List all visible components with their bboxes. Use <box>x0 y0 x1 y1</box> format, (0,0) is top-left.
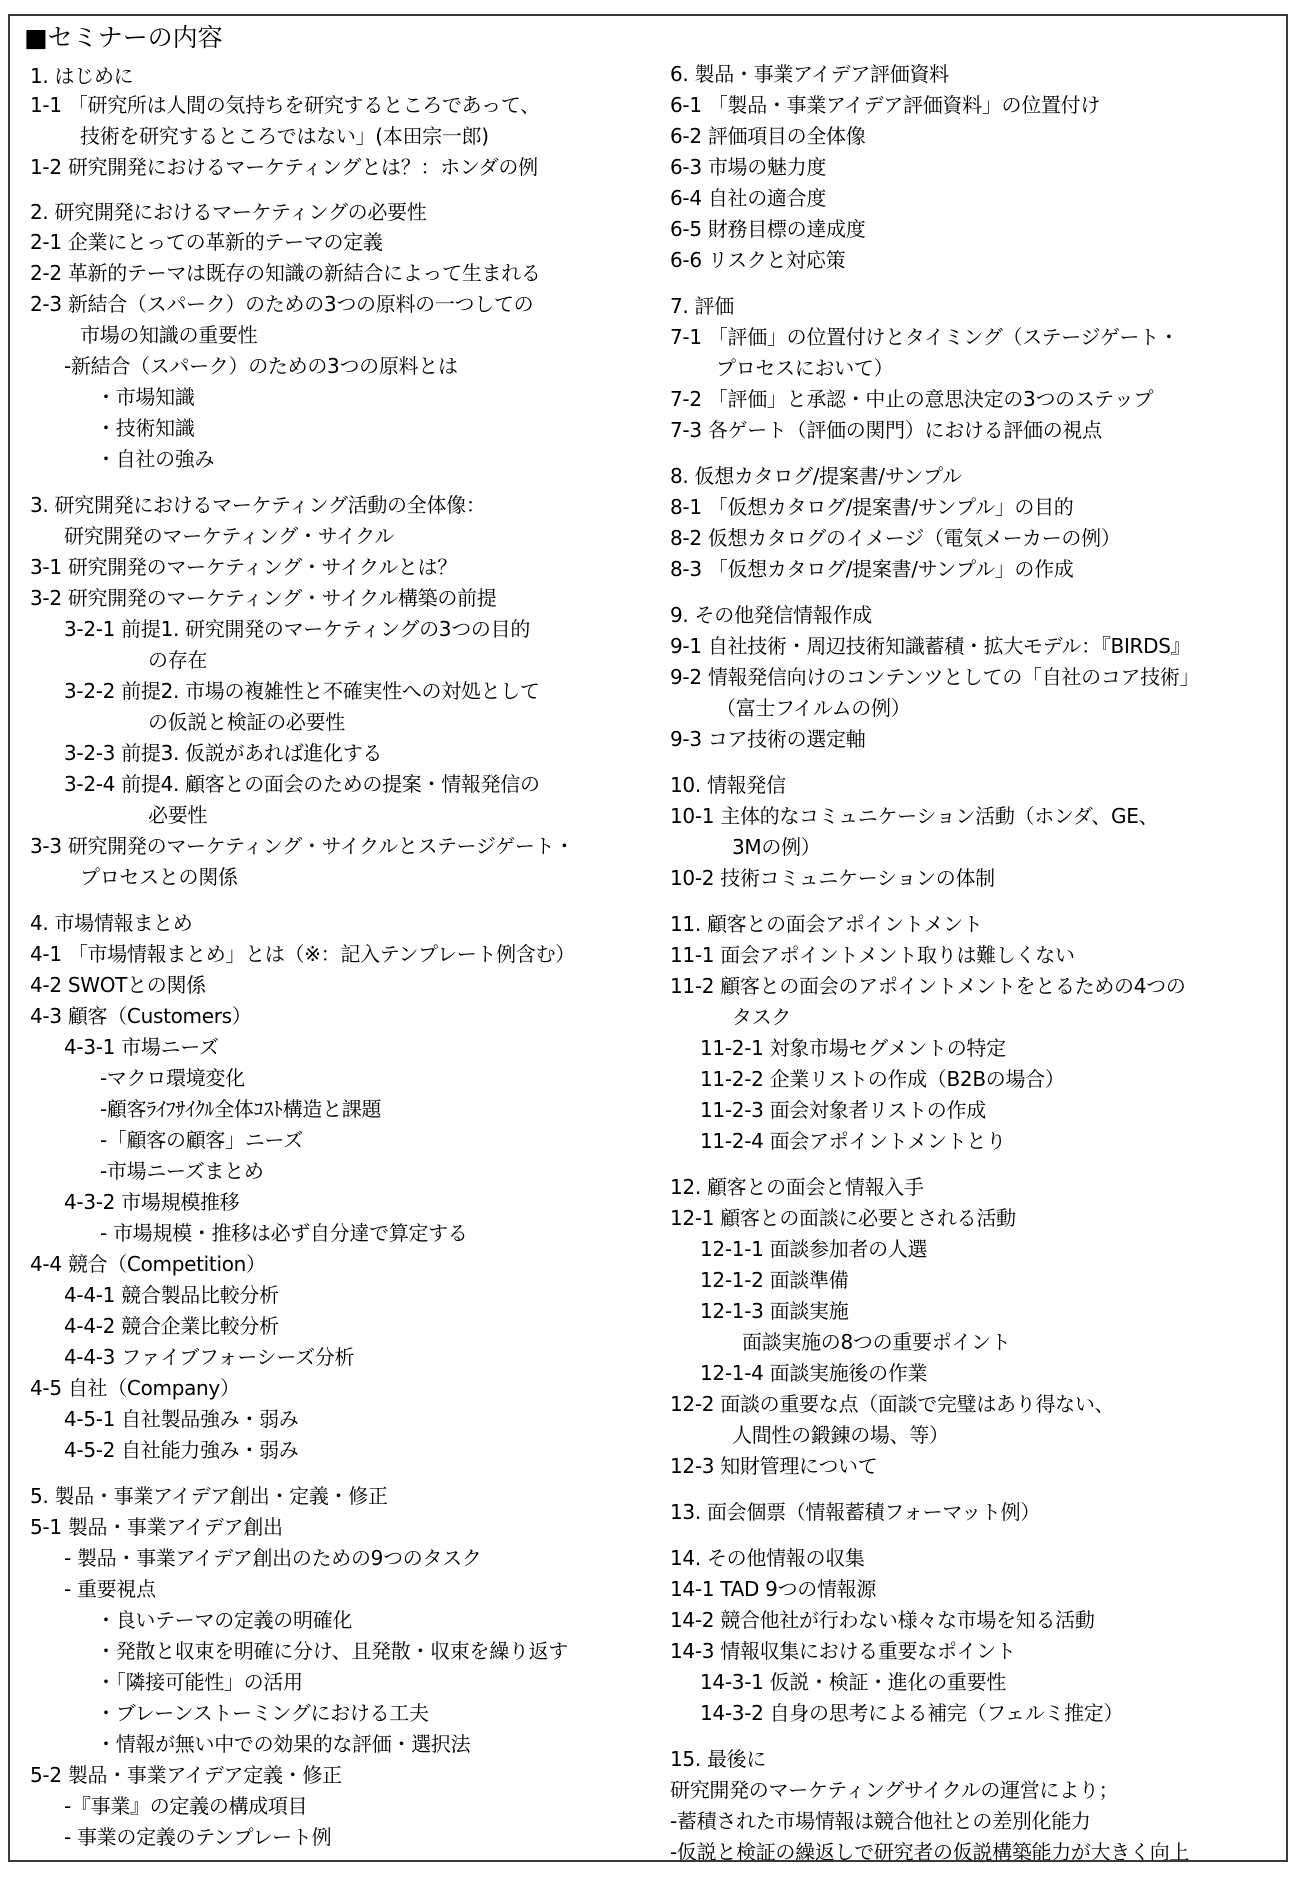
outline-item: 7. 評価 <box>670 292 734 320</box>
outline-item: 12-1-3 面談実施 <box>700 1297 848 1325</box>
outline-item: -新結合（スパーク）のための3つの原料とは <box>64 352 458 380</box>
outline-item: 6-3 市場の魅力度 <box>670 153 826 181</box>
outline-item: 4-4 競合（Competition） <box>30 1250 266 1278</box>
outline-item: ・良いテーマの定義の明確化 <box>96 1606 352 1634</box>
outline-item: -蓄積された市場情報は競合他社との差別化能力 <box>670 1807 1091 1835</box>
outline-item: 3. 研究開発におけるマーケティング活動の全体像： <box>30 491 486 519</box>
outline-item: 4-2 SWOTとの関係 <box>30 971 206 999</box>
outline-item: -『事業』の定義の構成項目 <box>64 1792 307 1820</box>
outline-item: 8. 仮想カタログ/提案書/サンプル <box>670 462 962 490</box>
outline-item: 4-3 顧客（Customers） <box>30 1002 252 1030</box>
outline-item: タスク <box>732 1003 791 1031</box>
outline-item: 1-2 研究開発におけるマーケティングとは？：ホンダの例 <box>30 153 538 181</box>
outline-item: 11-2-3 面会対象者リストの作成 <box>700 1096 986 1124</box>
outline-item: 市場の知識の重要性 <box>80 321 257 349</box>
outline-item: 9. その他発信情報作成 <box>670 601 872 629</box>
outline-item: 4-3-2 市場規模推移 <box>64 1188 239 1216</box>
outline-item: 2. 研究開発におけるマーケティングの必要性 <box>30 198 426 226</box>
outline-item: 6-5 財務目標の達成度 <box>670 215 865 243</box>
outline-item: 8-1 「仮想カタログ/提案書/サンプル」の目的 <box>670 493 1074 521</box>
outline-item: - 重要視点 <box>64 1575 156 1603</box>
outline-item: 6-2 評価項目の全体像 <box>670 122 865 150</box>
outline-item: 2-1 企業にとっての革新的テーマの定義 <box>30 228 383 256</box>
outline-item: 13. 面会個票（情報蓄積フォーマット例） <box>670 1498 1040 1526</box>
outline-item: ・自社の強み <box>96 445 214 473</box>
outline-item: 11-2-1 対象市場セグメントの特定 <box>700 1034 1006 1062</box>
outline-item: 8-2 仮想カタログのイメージ（電気メーカーの例） <box>670 524 1121 552</box>
outline-item: 6. 製品・事業アイデア評価資料 <box>670 60 949 88</box>
outline-item: 11-2-4 面会アポイントメントとり <box>700 1127 1006 1155</box>
outline-item: 6-1 「製品・事業アイデア評価資料」の位置付け <box>670 91 1100 119</box>
outline-item: 5-2 製品・事業アイデア定義・修正 <box>30 1761 342 1789</box>
outline-item: 3-3 研究開発のマーケティング・サイクルとステージゲート・ <box>30 832 574 860</box>
outline-item: 3-2-3 前提3. 仮説があれば進化する <box>64 739 382 767</box>
outline-item: 1. はじめに <box>30 62 133 90</box>
outline-item: ・ブレーンストーミングにおける工夫 <box>96 1699 429 1727</box>
outline-item: 14-3-1 仮説・検証・進化の重要性 <box>700 1668 1006 1696</box>
outline-item: 14-3 情報収集における重要なポイント <box>670 1637 1016 1665</box>
outline-item: 12-1-2 面談準備 <box>700 1266 848 1294</box>
outline-item: 2-3 新結合（スパーク）のための3つの原料の一つしての <box>30 290 533 318</box>
outline-item: 4-1 「市場情報まとめ」とは（※：記入テンプレート例含む） <box>30 940 575 968</box>
outline-item: 14-2 競合他社が行わない様々な市場を知る活動 <box>670 1606 1095 1634</box>
outline-item: ・発散と収束を明確に分け、且発散・収束を繰り返す <box>96 1637 568 1665</box>
outline-item: プロセスにおいて） <box>716 354 893 382</box>
outline-item: プロセスとの関係 <box>80 863 238 891</box>
outline-item: 7-1 「評価」の位置付けとタイミング（ステージゲート・ <box>670 323 1179 351</box>
seminar-content-box: ■セミナーの内容 1. はじめに1-1 「研究所は人間の気持ちを研究するところで… <box>8 14 1288 1862</box>
outline-item: -市場ニーズまとめ <box>100 1157 264 1185</box>
outline-item: 10. 情報発信 <box>670 771 786 799</box>
outline-item: 5. 製品・事業アイデア創出・定義・修正 <box>30 1482 388 1510</box>
outline-item: 12-2 面談の重要な点（面談で完璧はあり得ない、 <box>670 1390 1114 1418</box>
outline-item: 1-1 「研究所は人間の気持ちを研究するところであって、 <box>30 91 540 119</box>
outline-item: 4-4-3 ファイブフォーシーズ分析 <box>64 1343 354 1371</box>
outline-item: 14. その他情報の収集 <box>670 1544 865 1572</box>
outline-item: 研究開発のマーケティングサイクルの運営により； <box>670 1776 1118 1804</box>
outline-item: 4. 市場情報まとめ <box>30 909 192 937</box>
outline-item: 11-2 顧客との面会のアポイントメントをとるための4つの <box>670 972 1186 1000</box>
outline-item: 10-1 主体的なコミュニケーション活動（ホンダ、GE、 <box>670 802 1158 830</box>
outline-item: -顧客ﾗｲﾌｻｲｸﾙ全体ｺｽﾄ構造と課題 <box>100 1095 381 1123</box>
outline-item: - 事業の定義のテンプレート例 <box>64 1823 331 1851</box>
outline-item: 7-2 「評価」と承認・中止の意思決定の3つのステップ <box>670 385 1153 413</box>
outline-item: 12-3 知財管理について <box>670 1452 877 1480</box>
outline-item: 7-3 各ゲート（評価の関門）における評価の視点 <box>670 416 1102 444</box>
outline-item: 12-1-1 面談参加者の人選 <box>700 1235 927 1263</box>
outline-item: ・技術知識 <box>96 414 195 442</box>
outline-item: - 製品・事業アイデア創出のための9つのタスク <box>64 1544 482 1572</box>
outline-item: 3-2-1 前提1. 研究開発のマーケティングの3つの目的 <box>64 615 530 643</box>
outline-item: 5-1 製品・事業アイデア創出 <box>30 1513 283 1541</box>
outline-item: 3Mの例） <box>732 833 820 861</box>
outline-item: 3-2-2 前提2. 市場の複雑性と不確実性への対処として <box>64 677 540 705</box>
outline-item: 4-5-2 自社能力強み・弱み <box>64 1436 298 1464</box>
outline-item: 11. 顧客との面会アポイントメント <box>670 910 983 938</box>
outline-item: の仮説と検証の必要性 <box>148 708 345 736</box>
outline-item: 3-2-4 前提4. 顧客との面会のための提案・情報発信の <box>64 770 540 798</box>
outline-item: 14-1 TAD 9つの情報源 <box>670 1575 876 1603</box>
outline-item: 面談実施の8つの重要ポイント <box>742 1328 1011 1356</box>
outline-item: 9-2 情報発信向けのコンテンツとしての「自社のコア技術」 <box>670 663 1199 691</box>
outline-item: 4-5 自社（Company） <box>30 1374 240 1402</box>
outline-item: -「顧客の顧客」ニーズ <box>100 1126 303 1154</box>
outline-item: 3-1 研究開発のマーケティング・サイクルとは？ <box>30 553 457 581</box>
outline-item: 4-4-1 競合製品比較分析 <box>64 1281 279 1309</box>
outline-item: 14-3-2 自身の思考による補完（フェルミ推定） <box>700 1699 1123 1727</box>
outline-item: 必要性 <box>148 801 207 829</box>
outline-item: 3-2 研究開発のマーケティング・サイクル構築の前提 <box>30 584 496 612</box>
outline-item: 4-3-1 市場ニーズ <box>64 1033 219 1061</box>
outline-item: -マクロ環境変化 <box>100 1064 245 1092</box>
outline-item: 研究開発のマーケティング・サイクル <box>64 522 394 550</box>
outline-item: - 市場規模・推移は必ず自分達で算定する <box>100 1219 468 1247</box>
outline-item: -仮説と検証の繰返しで研究者の仮説構築能力が大きく向上 <box>670 1838 1189 1862</box>
outline-item: （富士フイルムの例） <box>716 694 910 722</box>
outline-item: 4-5-1 自社製品強み・弱み <box>64 1405 298 1433</box>
outline-item: 11-1 面会アポイントメント取りは難しくない <box>670 941 1075 969</box>
outline-item: 4-4-2 競合企業比較分析 <box>64 1312 279 1340</box>
outline-item: 2-2 革新的テーマは既存の知識の新結合によって生まれる <box>30 259 541 287</box>
outline-item: の存在 <box>148 646 207 674</box>
outline-item: 11-2-2 企業リストの作成（B2Bの場合） <box>700 1065 1065 1093</box>
outline-item: 10-2 技術コミュニケーションの体制 <box>670 864 995 892</box>
outline-item: 人間性の鍛錬の場、等） <box>732 1421 949 1449</box>
outline-item: 9-1 自社技術・周辺技術知識蓄積・拡大モデル：『BIRDS』 <box>670 632 1190 660</box>
outline-item: 技術を研究するところではない」(本田宗一郎) <box>80 122 489 150</box>
outline-item: 6-6 リスクと対応策 <box>670 246 845 274</box>
outline-item: 6-4 自社の適合度 <box>670 184 826 212</box>
outline-item: ・市場知識 <box>96 383 195 411</box>
section-title: ■セミナーの内容 <box>24 22 223 54</box>
outline-item: 12. 顧客との面会と情報入手 <box>670 1173 924 1201</box>
outline-item: 12-1 顧客との面談に必要とされる活動 <box>670 1204 1016 1232</box>
outline-item: 15. 最後に <box>670 1745 766 1773</box>
outline-item: 12-1-4 面談実施後の作業 <box>700 1359 927 1387</box>
outline-item: 8-3 「仮想カタログ/提案書/サンプル」の作成 <box>670 555 1074 583</box>
outline-item: 9-3 コア技術の選定軸 <box>670 725 865 753</box>
outline-item: ・情報が無い中での効果的な評価・選択法 <box>96 1730 470 1758</box>
outline-item: ・「隣接可能性」の活用 <box>96 1668 303 1696</box>
